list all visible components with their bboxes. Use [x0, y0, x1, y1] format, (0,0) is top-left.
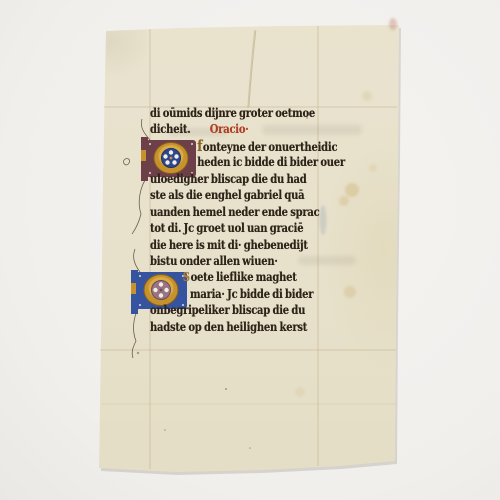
text-line: uanden hemel neder ende sprac [150, 204, 310, 220]
text-line-fragment: oete lieflike maghet [191, 269, 297, 284]
text-line: Soete lieflike maghet [150, 269, 310, 285]
text-line: hadste op den heilighen kerst [150, 319, 310, 335]
text-line-fragment: dicheit. [150, 121, 191, 136]
text-line: onbegripeliker bliscap die du [150, 302, 310, 318]
versal-s: S [183, 269, 191, 284]
text-line: heden ic bidde di bider ouer [150, 154, 310, 170]
text-line: die here is mit di· ghebenedijt [150, 237, 310, 253]
text-line: uloedigher bliscap die du had [150, 171, 310, 187]
text-line: bistu onder allen wiuen· [150, 253, 310, 269]
text-column: di oūmids dijnre groter oetmoe dicheit.O… [150, 105, 350, 335]
text-line: maria· Jc bidde di bider [150, 286, 310, 302]
text-line: ste als die enghel gabriel quā [150, 187, 310, 203]
text-line: di oūmids dijnre groter oetmoe [150, 105, 310, 121]
manuscript-photo: di oūmids dijnre groter oetmoe dicheit.O… [0, 0, 500, 500]
text-line-fragment: onteyne der onuertheidic [203, 139, 337, 154]
text-line-with-rubric: dicheit.Oracio· [150, 121, 310, 137]
text-line: fonteyne der onuertheidic [150, 138, 310, 154]
text-line: tot di. Jc groet uol uan graciē [150, 220, 310, 236]
rubric-label: Oracio· [210, 121, 249, 136]
